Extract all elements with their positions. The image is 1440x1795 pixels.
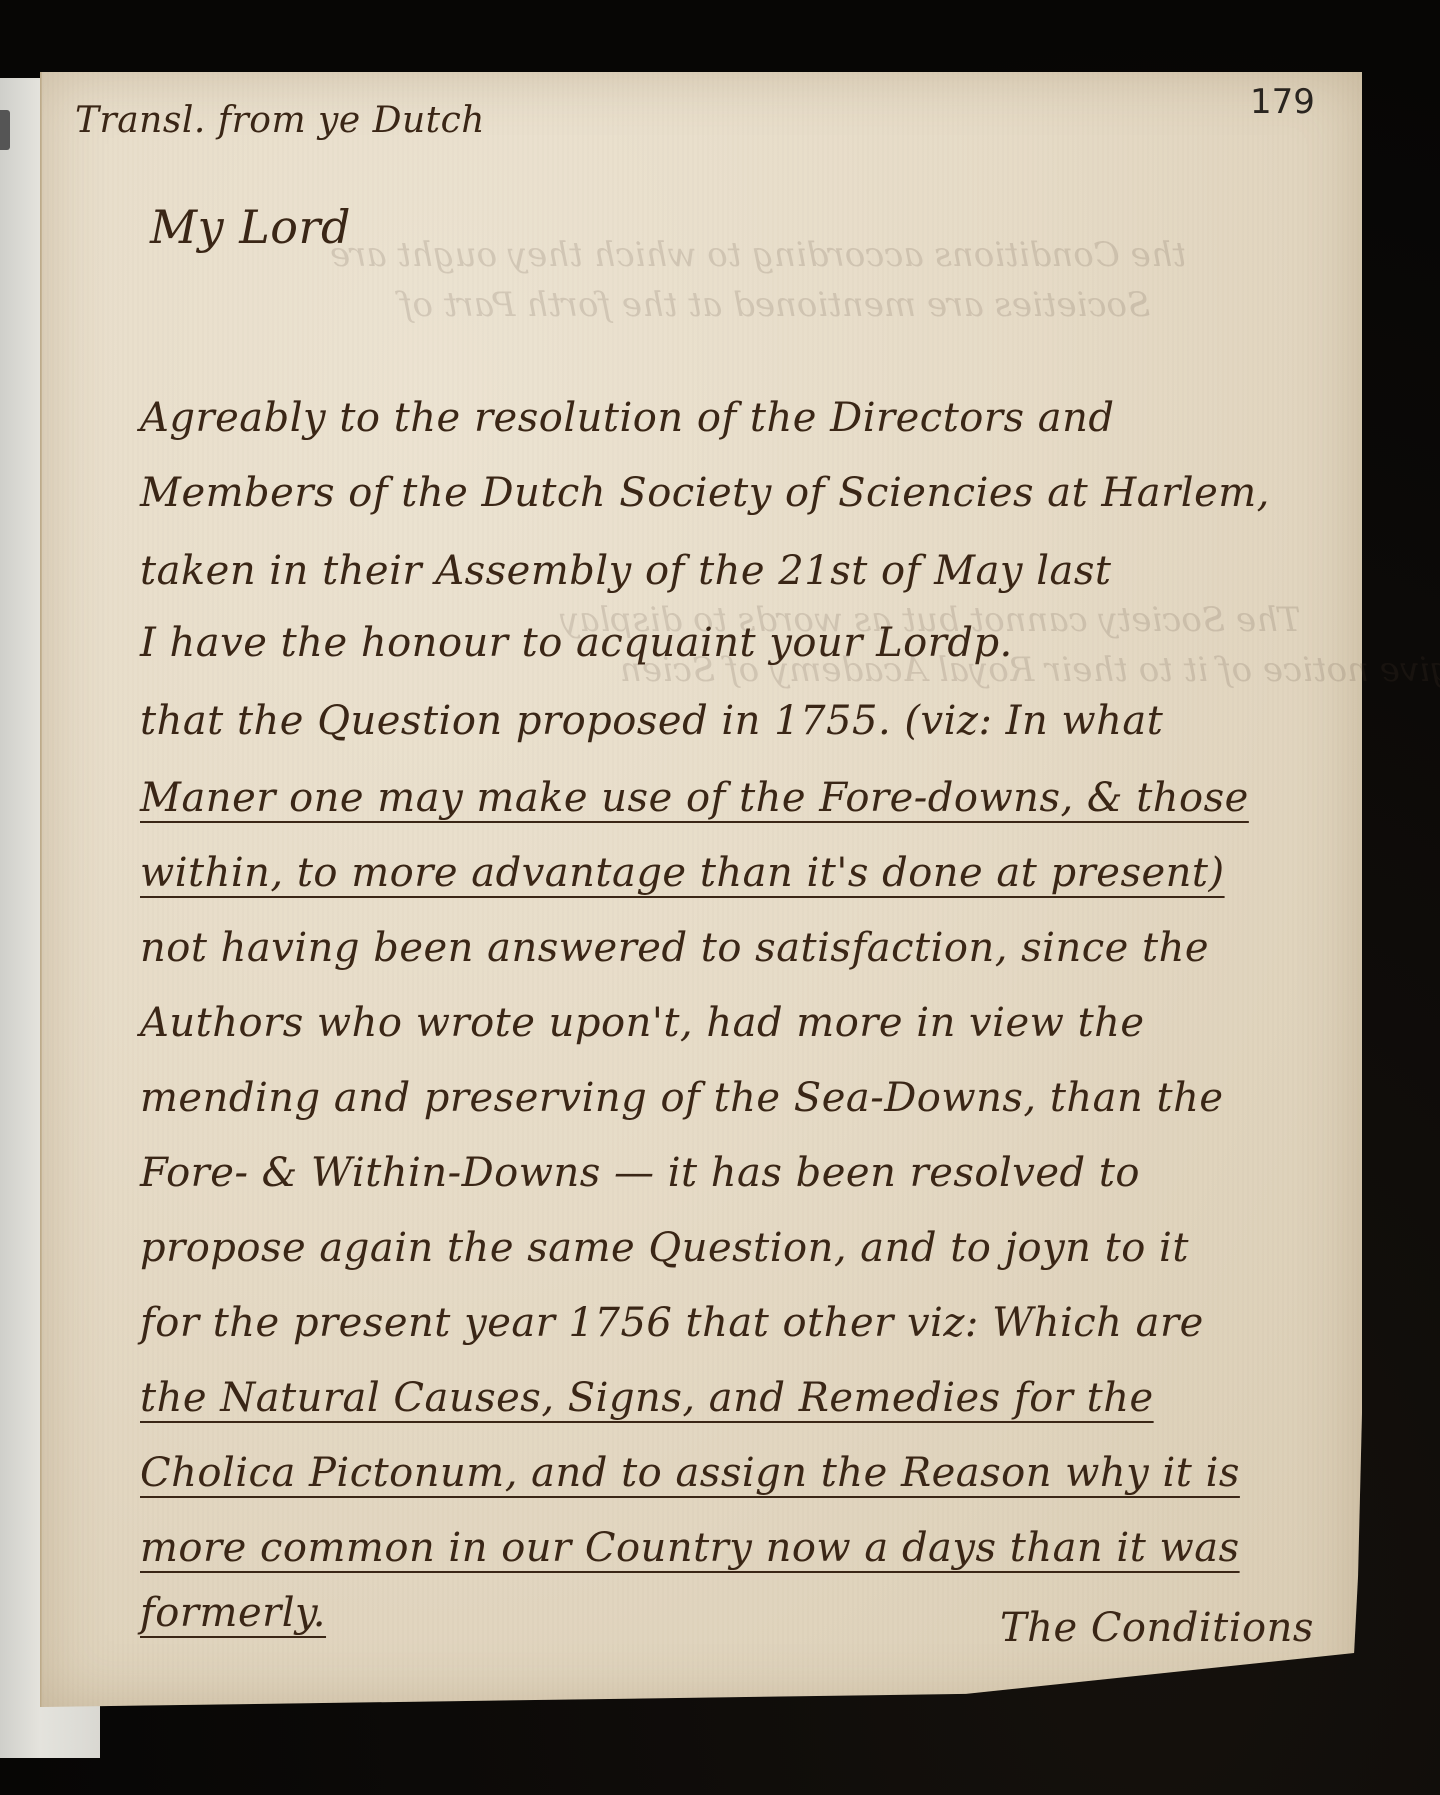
bleed-through-text: Societies are mentioned at the forth Par… <box>400 285 1150 325</box>
text-line: that the Question proposed in 1755. (viz… <box>140 698 1163 744</box>
text-line-underlined: within, to more advantage than it's done… <box>140 850 1225 896</box>
text-line-underlined: Maner one may make use of the Fore-downs… <box>140 775 1249 821</box>
text-line: for the present year 1756 that other viz… <box>140 1300 1204 1346</box>
text-line: I have the honour to acquaint your Lordp… <box>140 620 1013 666</box>
text-line-underlined: the Natural Causes, Signs, and Remedies … <box>140 1375 1154 1421</box>
text-line-underlined: more common in our Country now a days th… <box>140 1525 1240 1571</box>
salutation: My Lord <box>150 200 351 254</box>
text-line-underlined: Cholica Pictonum, and to assign the Reas… <box>140 1450 1240 1496</box>
text-line: propose again the same Question, and to … <box>140 1225 1189 1271</box>
text-line: Fore- & Within-Downs — it has been resol… <box>140 1150 1140 1196</box>
text-line-underlined: formerly. <box>140 1590 326 1636</box>
text-line: taken in their Assembly of the 21st of M… <box>140 548 1111 594</box>
text-line: Authors who wrote upon't, had more in vi… <box>140 1000 1145 1046</box>
text-line: mending and preserving of the Sea-Downs,… <box>140 1075 1224 1121</box>
text-line: Agreably to the resolution of the Direct… <box>140 395 1114 441</box>
mount-tab <box>0 110 10 150</box>
bleed-through-text: the Conditions according to which they o… <box>330 235 1186 275</box>
catchword: The Conditions <box>1000 1605 1314 1651</box>
document-heading: Transl. from ye Dutch <box>75 100 485 141</box>
text-line: not having been answered to satisfaction… <box>140 925 1209 971</box>
folio-number: 179 <box>1250 82 1315 122</box>
text-line: Members of the Dutch Society of Sciencie… <box>140 470 1270 516</box>
